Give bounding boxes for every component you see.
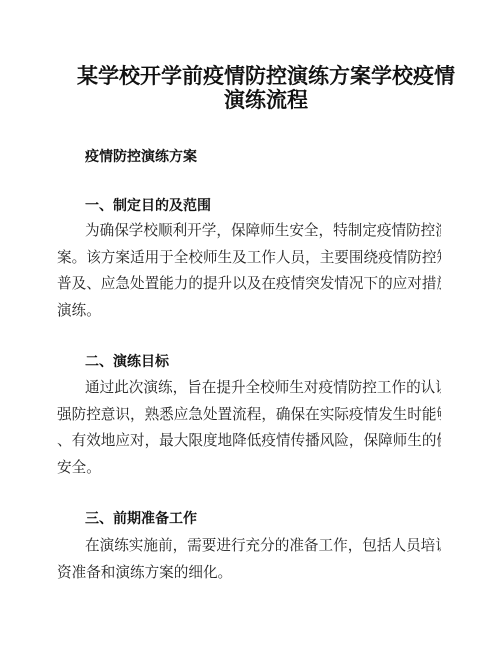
paragraph-line: 强防控意识，熟悉应急处置流程，确保在实际疫情发生时能够迅速 [57, 402, 441, 429]
paragraph-line: 资准备和演练方案的细化。 [57, 560, 441, 587]
paragraph-line: 为确保学校顺利开学，保障师生安全，特制定疫情防控演练方 [57, 218, 441, 245]
paragraph-line: 在演练实施前，需要进行充分的准备工作，包括人员培训、物 [57, 533, 441, 560]
section-body-preparation: 在演练实施前，需要进行充分的准备工作，包括人员培训、物 资准备和演练方案的细化。 [57, 533, 441, 586]
paragraph-line: 案。该方案适用于全校师生及工作人员，主要围绕疫情防控知识的 [57, 245, 441, 272]
section-body-drill-goals: 通过此次演练，旨在提升全校师生对疫情防控工作的认识，增 强防控意识，熟悉应急处置… [57, 375, 441, 481]
paragraph-line: 普及、应急处置能力的提升以及在疫情突发情况下的应对措施进行 [57, 271, 441, 298]
paragraph-line: 安全。 [57, 455, 441, 482]
paragraph-line: 演练。 [57, 298, 441, 325]
section-heading-purpose-scope: 一、制定目的及范围 [85, 197, 211, 215]
document-title-line-2: 演练流程 [60, 88, 472, 112]
document-title-line-1: 某学校开学前疫情防控演练方案学校疫情 [60, 64, 472, 88]
paragraph-line: 通过此次演练，旨在提升全校师生对疫情防控工作的认识，增 [57, 375, 441, 402]
section-heading-drill-goals: 二、演练目标 [85, 353, 169, 371]
document-title: 某学校开学前疫情防控演练方案学校疫情 演练流程 [60, 64, 472, 112]
section-heading-preparation: 三、前期准备工作 [85, 510, 197, 528]
section-body-purpose-scope: 为确保学校顺利开学，保障师生安全，特制定疫情防控演练方 案。该方案适用于全校师生… [57, 218, 441, 324]
paragraph-line: 、有效地应对，最大限度地降低疫情传播风险，保障师生的健康和 [57, 428, 441, 455]
document-subtitle: 疫情防控演练方案 [85, 148, 197, 166]
